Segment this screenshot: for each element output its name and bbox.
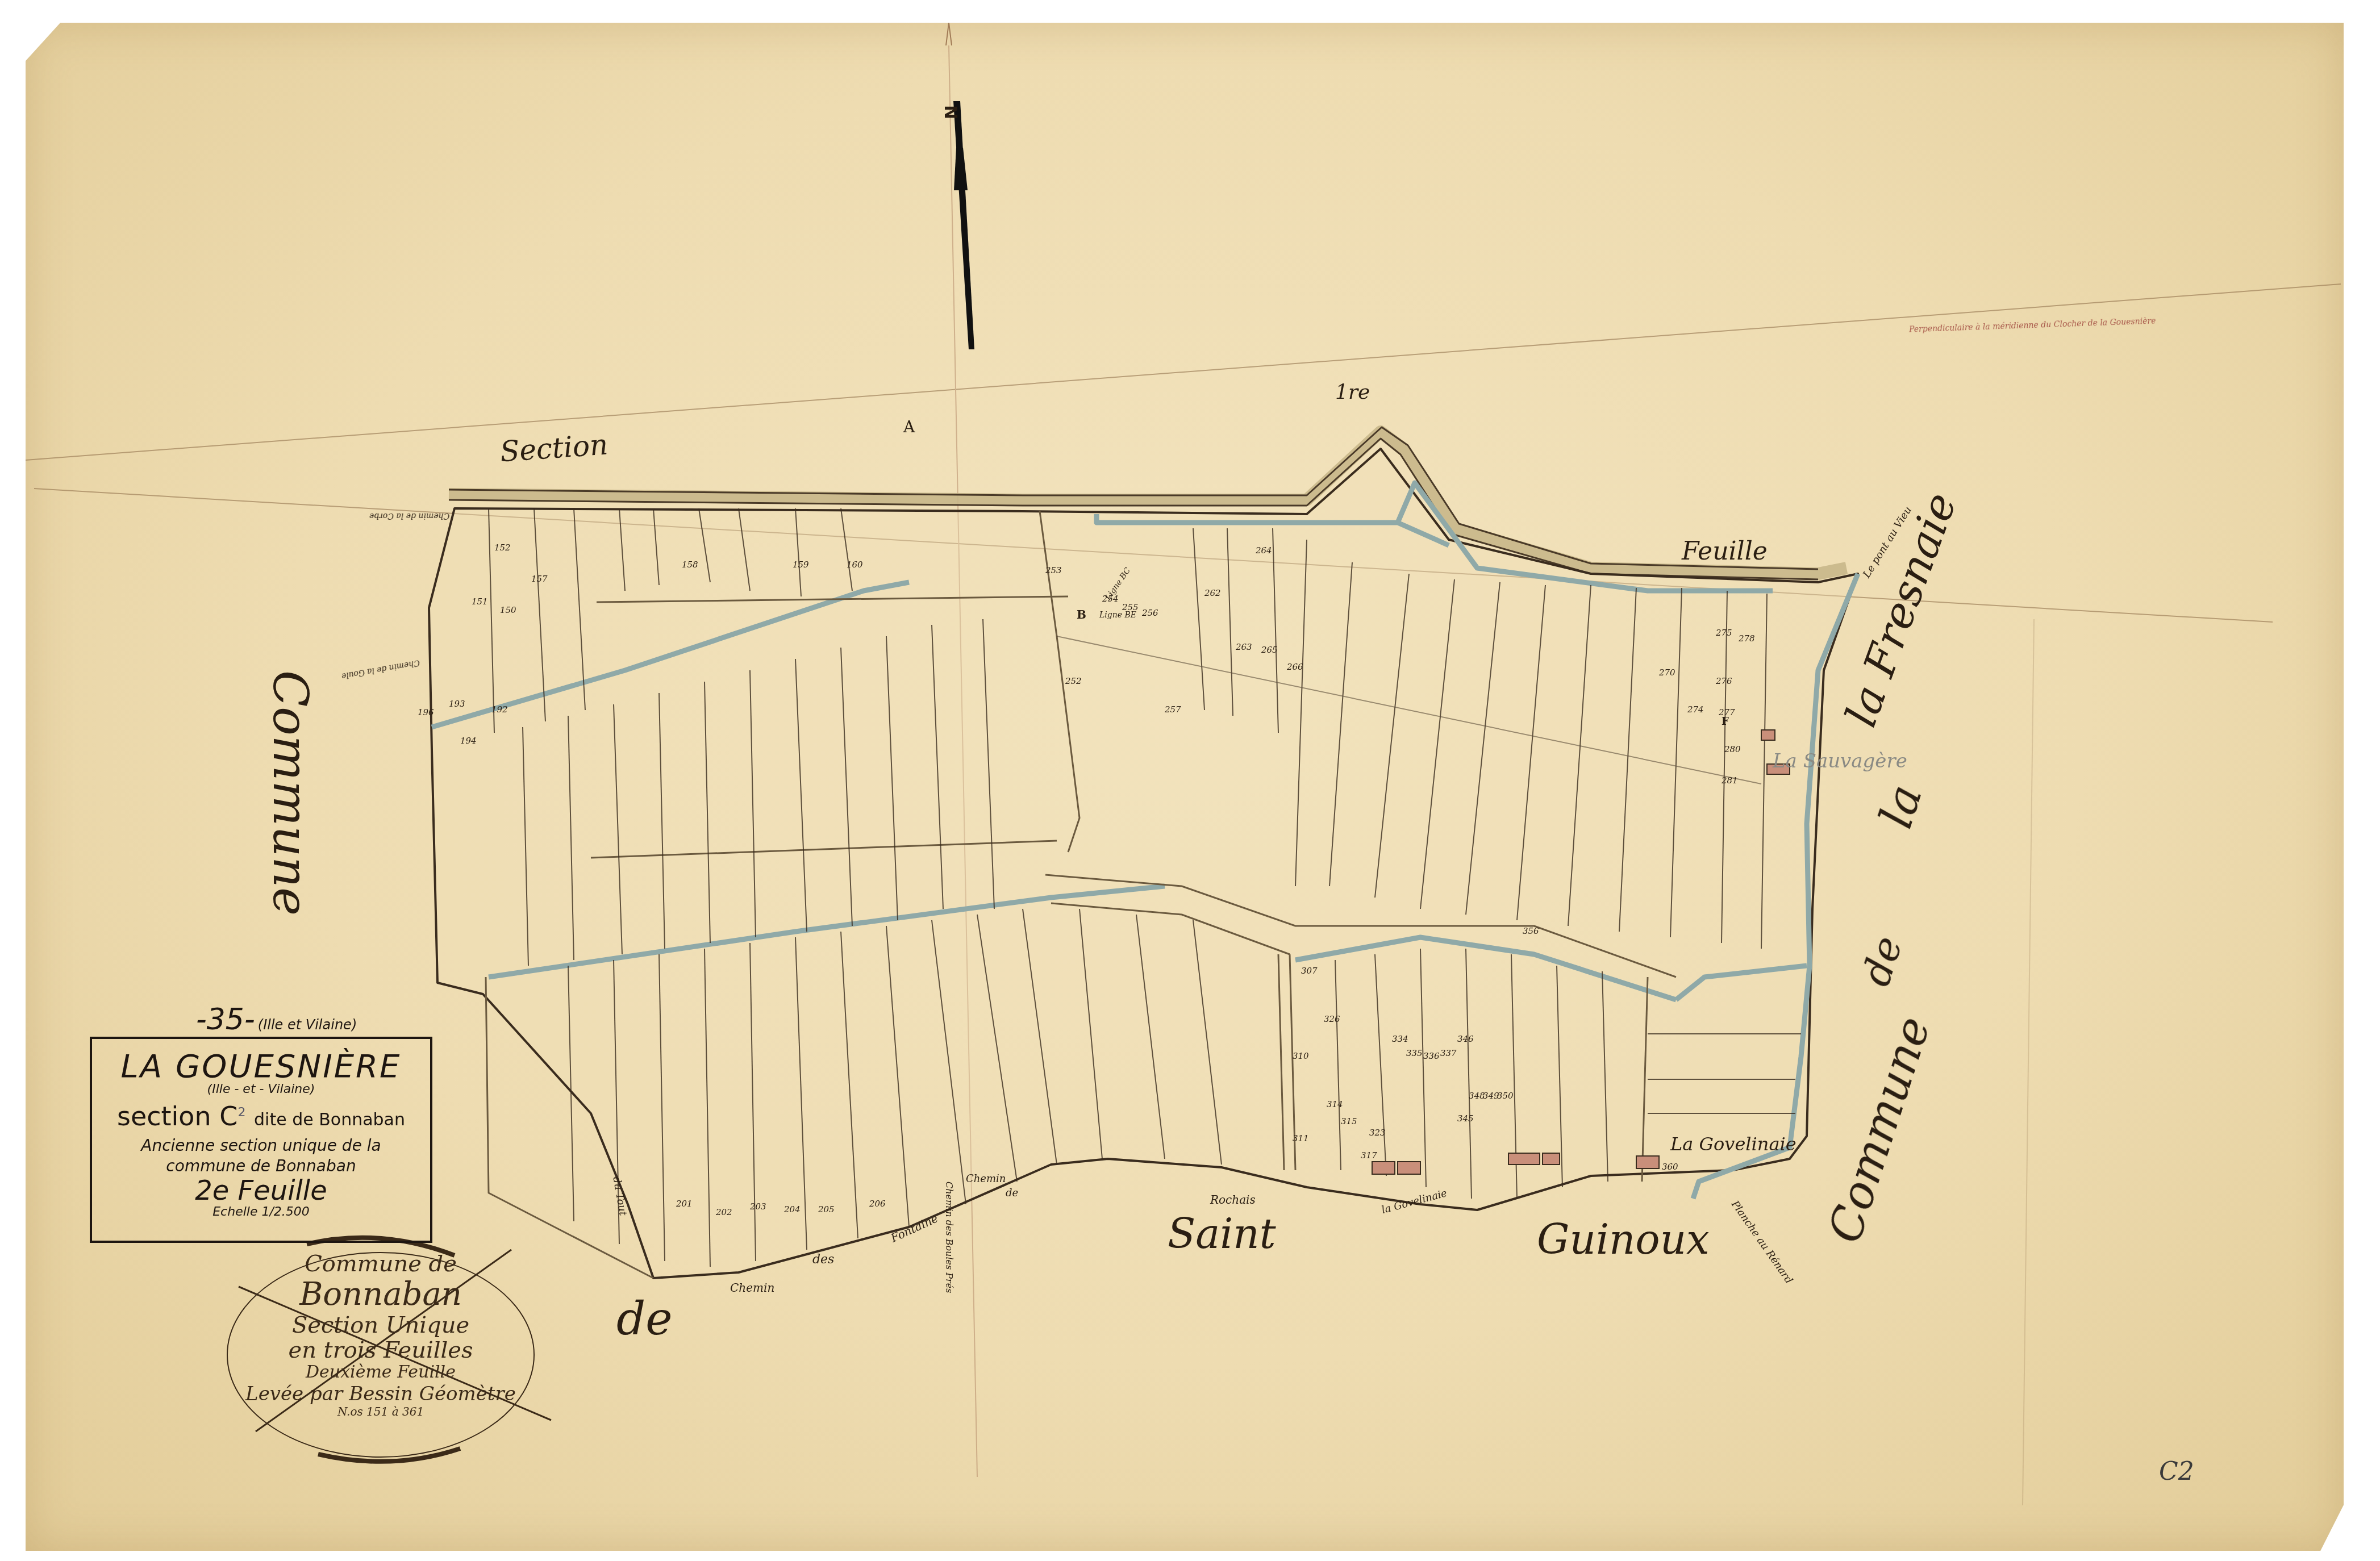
parcel-number: 345: [1457, 1113, 1474, 1124]
section-name: dite de Bonnaban: [254, 1110, 405, 1130]
seal-line2: Bonnaban: [227, 1279, 534, 1310]
parcel-number: 265: [1261, 645, 1278, 655]
section-superscript: 2: [237, 1105, 245, 1120]
parcel-number: 206: [869, 1199, 886, 1209]
north-arrow-icon: [946, 23, 974, 349]
parcel-number: 151: [472, 596, 488, 607]
commune-title: LA GOUESNIÈRE: [92, 1050, 430, 1083]
parcel-number: 336: [1423, 1051, 1440, 1061]
parcel-number: 314: [1327, 1099, 1343, 1109]
parcel-number: 274: [1687, 704, 1704, 715]
parcel-number: 315: [1341, 1116, 1357, 1126]
parcel-number: 257: [1165, 704, 1181, 715]
parcel-number: 252: [1065, 676, 1082, 686]
parcel-number: 307: [1301, 966, 1318, 976]
parcel-number: 204: [784, 1204, 801, 1214]
place-la-govelinaie: La Govelinaie: [1670, 1133, 1797, 1155]
parcel-number: 278: [1739, 633, 1755, 644]
parcel-number: 270: [1659, 667, 1675, 678]
parcel-number: 253: [1045, 565, 1062, 575]
former-section-line1: Ancienne section unique de la: [92, 1137, 430, 1155]
parcel-number: 193: [449, 699, 465, 709]
scale-label: Echelle 1/2.500: [92, 1205, 430, 1219]
parcel-number: 276: [1716, 676, 1732, 686]
parcel-number: 158: [682, 560, 698, 570]
parcel-number: 205: [818, 1204, 835, 1214]
section-title: section C2 dite de Bonnaban: [92, 1099, 430, 1134]
road-label: Chemin des Boules Prés: [944, 1182, 954, 1293]
neighbour-top-feuille: Feuille: [1682, 537, 1768, 566]
parcel-number: 281: [1722, 775, 1738, 786]
title-cartouche: LA GOUESNIÈRE (Ille - et - Vilaine) sect…: [90, 1037, 432, 1243]
road-label: Chemin: [730, 1281, 774, 1295]
parcel-number: 203: [750, 1201, 766, 1212]
original-seal: Commune de Bonnaban Section Unique en tr…: [227, 1247, 534, 1457]
parcel-number: 350: [1497, 1091, 1514, 1101]
seal-line3: Section Unique: [227, 1314, 534, 1337]
place-la-sauvagere: La Sauvagère: [1773, 750, 1907, 773]
seal-line1: Commune de: [227, 1253, 534, 1275]
parcel-number: 263: [1236, 642, 1252, 652]
road-label: des: [812, 1253, 834, 1267]
parcel-number: 160: [847, 560, 863, 570]
department-number: -35-: [196, 1003, 255, 1037]
parcel-number: 266: [1287, 662, 1303, 672]
parcel-number: 201: [676, 1199, 693, 1209]
sheet-number: 2e Feuille: [92, 1176, 430, 1205]
parcel-number: 317: [1361, 1150, 1377, 1161]
former-section-line2: commune de Bonnaban: [92, 1157, 430, 1175]
parcel-number: 202: [716, 1207, 732, 1217]
parcel-number: 275: [1716, 628, 1732, 638]
parcel-number: 150: [500, 605, 516, 615]
parcel-number: 256: [1142, 608, 1158, 618]
parcel-number: 326: [1324, 1014, 1340, 1024]
road-label: Rochais: [1210, 1193, 1256, 1207]
parcel-number: 360: [1662, 1162, 1678, 1172]
parcel-number: 264: [1256, 545, 1272, 556]
survey-point-b: B: [1077, 608, 1086, 621]
parcel-number: 194: [460, 736, 477, 746]
north-label: N: [940, 105, 960, 119]
neighbour-left-de: de: [616, 1292, 673, 1345]
parcel-number: 346: [1457, 1034, 1474, 1044]
parcel-number: 159: [793, 560, 809, 570]
road-label: de: [1006, 1187, 1018, 1199]
parcel-number: 262: [1204, 588, 1221, 598]
parcel-number: 196: [418, 707, 434, 717]
department-code: -35- (Ille et Vilaine): [196, 1003, 357, 1037]
parcel-number: 310: [1293, 1051, 1309, 1061]
seal-line5: Deuxième Feuille: [227, 1364, 534, 1381]
seal-line7: N.os 151 à 361: [227, 1406, 534, 1417]
neighbour-bottom-saint: Saint: [1168, 1210, 1276, 1258]
parcel-number: 334: [1392, 1034, 1408, 1044]
survey-point-f: F: [1722, 716, 1729, 728]
survey-line-be: Ligne BE: [1099, 611, 1136, 620]
road-label: Chemin de la Corbe: [369, 511, 449, 520]
department-label: (Ille et Vilaine): [258, 1017, 357, 1033]
neighbour-left-commune: Commune: [262, 670, 318, 916]
parcel-number: 337: [1440, 1048, 1457, 1058]
parcel-number: 335: [1406, 1048, 1423, 1058]
road-label: Chemin: [966, 1173, 1006, 1185]
seal-line4: en trois Feuilles: [227, 1339, 534, 1362]
seal-line6: Levée par Bessin Géomètre: [227, 1384, 534, 1404]
parcel-number: 192: [491, 704, 508, 715]
neighbour-top-letter: A: [903, 418, 915, 436]
neighbour-top-sheet: 1re: [1335, 381, 1370, 404]
parcel-number: 311: [1293, 1133, 1309, 1143]
neighbour-bottom-guinoux: Guinoux: [1537, 1216, 1710, 1263]
sheet-reference: C2: [2159, 1457, 2194, 1486]
parcel-number: 356: [1523, 926, 1539, 936]
parcel-number: 323: [1369, 1128, 1386, 1138]
parcel-number: 152: [494, 542, 511, 553]
parcel-number: 157: [531, 574, 548, 584]
parcel-number: 280: [1724, 744, 1741, 754]
section-prefix: section C: [117, 1101, 237, 1132]
